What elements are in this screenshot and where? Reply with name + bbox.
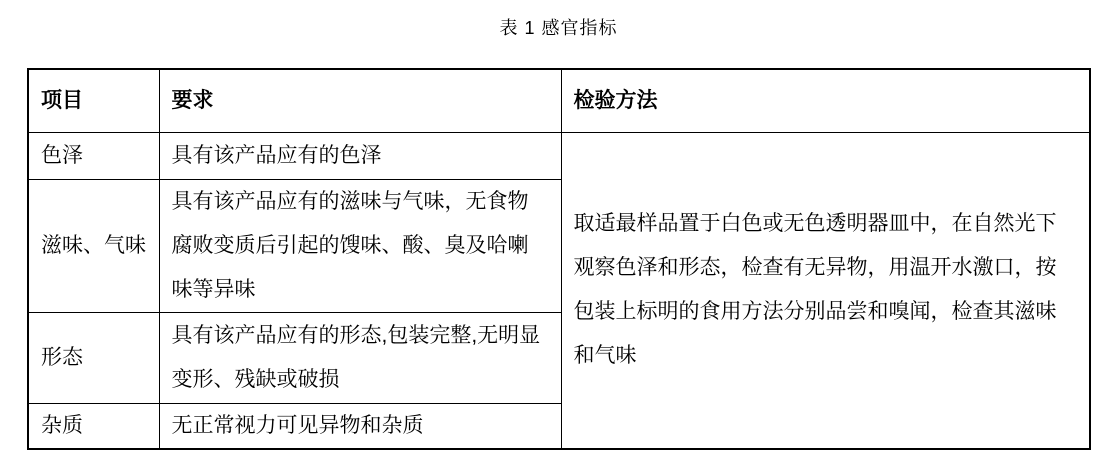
requirement-cell-seze: 具有该产品应有的色泽: [159, 132, 561, 179]
method-merged-cell: 取适最样品置于白色或无色透明器皿中，在自然光下观察色泽和形态，检查有无异物，用温…: [561, 132, 1090, 449]
sensory-indicators-table: 项目 要求 检验方法 色泽 具有该产品应有的色泽 取适最样品置于白色或无色透明器…: [27, 68, 1091, 450]
requirement-cell-ziwei: 具有该产品应有的滋味与气味，无食物腐败变质后引起的馊味、酸、臭及哈喇味等异味: [159, 179, 561, 312]
header-requirement: 要求: [159, 69, 561, 132]
header-item: 项目: [28, 69, 159, 132]
requirement-cell-xingtai: 具有该产品应有的形态,包装完整,无明显变形、残缺或破损: [159, 312, 561, 403]
item-cell-ziwei: 滋味、气味: [28, 179, 159, 312]
document-page: 表 1 感官指标 项目 要求 检验方法 色泽 具有该产品应有的色泽 取适最样品置…: [0, 0, 1117, 471]
item-cell-zazhi: 杂质: [28, 403, 159, 449]
header-method: 检验方法: [561, 69, 1090, 132]
requirement-cell-zazhi: 无正常视力可见异物和杂质: [159, 403, 561, 449]
table-row: 色泽 具有该产品应有的色泽 取适最样品置于白色或无色透明器皿中，在自然光下观察色…: [28, 132, 1090, 179]
table-header-row: 项目 要求 检验方法: [28, 69, 1090, 132]
item-cell-xingtai: 形态: [28, 312, 159, 403]
item-cell-seze: 色泽: [28, 132, 159, 179]
table-title: 表 1 感官指标: [0, 14, 1117, 40]
